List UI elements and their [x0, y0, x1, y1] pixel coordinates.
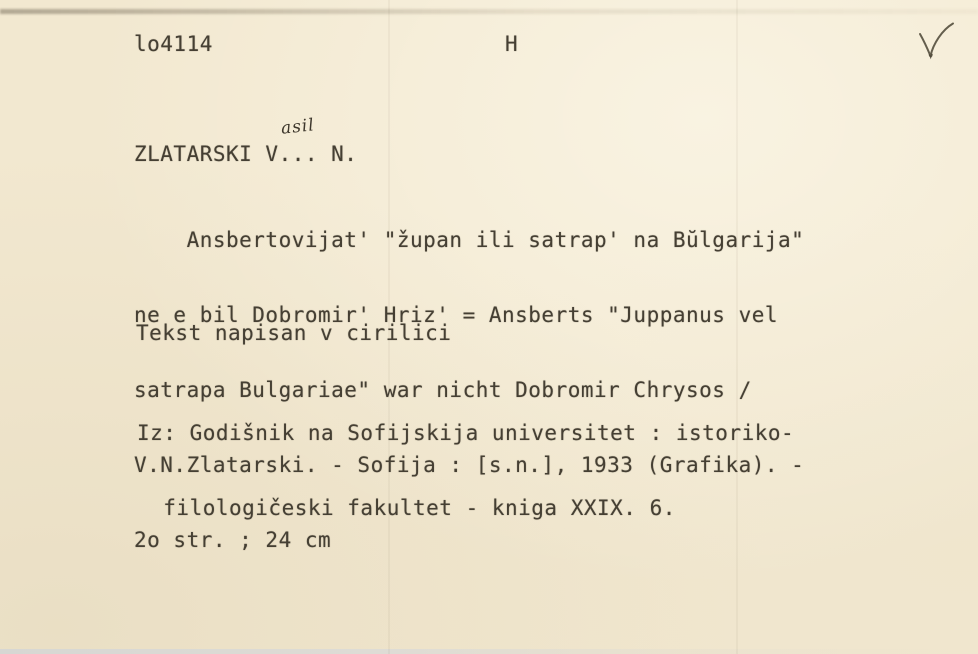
section-letter: H — [505, 32, 518, 57]
scan-edge-bottom — [0, 649, 978, 654]
typed-line: Ansbertovijat' "župan ili satrap' na Bŭl… — [134, 228, 804, 253]
typed-line: Iz: Godišnik na Sofijskija universitet :… — [137, 421, 794, 446]
source-reference: Iz: Godišnik na Sofijskija universitet :… — [137, 371, 794, 571]
heading-annotation-handwritten: asil — [280, 115, 316, 138]
call-number: lo4114 — [134, 32, 213, 57]
scan-edge-top — [0, 0, 978, 9]
catalog-card: lo4114 H asil ZLATARSKI V... N. Ansberto… — [0, 0, 978, 654]
entry-heading: ZLATARSKI V... N. — [134, 142, 357, 167]
handwritten-checkmark-icon — [916, 22, 958, 66]
typed-line: filologičeski fakultet - kniga XXIX. 6. — [137, 496, 794, 521]
language-note: Tekst napisan v cirilici — [136, 321, 451, 346]
